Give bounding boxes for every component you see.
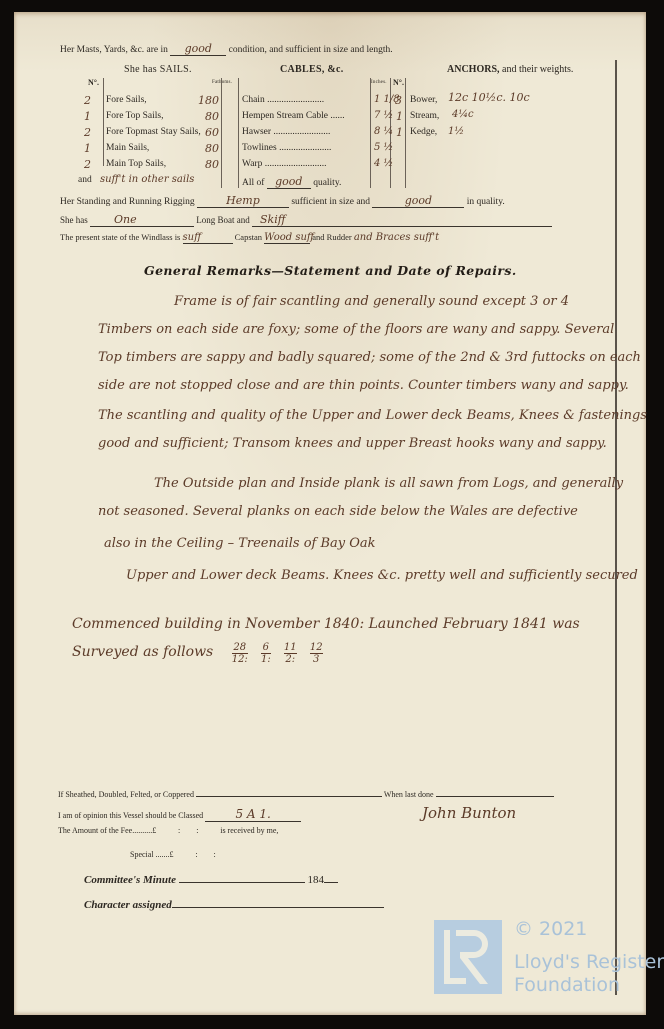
rigging-suffix: in quality.	[467, 197, 505, 207]
fraction-numerator: 12	[310, 642, 323, 654]
committee-minute-year-field	[324, 873, 338, 883]
sails-row-no: 1	[84, 110, 91, 123]
cables-row-name: Towlines ......................	[242, 143, 370, 153]
long-boat-count-value: One	[90, 213, 194, 227]
cables-row-name: Warp ..........................	[242, 159, 370, 169]
inches-label: Inches.	[371, 80, 387, 85]
remarks-line: Timbers on each side are foxy; some of t…	[98, 322, 614, 337]
remarks-line: The Outside plan and Inside plank is all…	[154, 476, 623, 491]
classed-value: 5 A 1.	[205, 807, 301, 822]
windlass-label: The present state of the Windlass is	[60, 232, 180, 242]
anchors-heading-rest: and their weights.	[502, 64, 573, 75]
sheathed-value	[196, 788, 382, 797]
fathoms-label: Fathoms.	[212, 80, 232, 85]
rigging-quality-value: good	[372, 194, 464, 208]
remarks-line: good and sufficient; Transom knees and u…	[98, 436, 607, 451]
classed-label: I am of opinion this Vessel should be Cl…	[58, 811, 203, 820]
fraction-denominator: 12:	[232, 654, 248, 665]
masts-condition-value: good	[170, 42, 226, 56]
capstan-state-value: Wood suff	[264, 232, 310, 244]
character-assigned-label: Character assigned	[84, 899, 172, 911]
survey-fraction: 123	[310, 642, 323, 665]
fee-line: The Amount of the Fee..........£ : : is …	[58, 826, 278, 835]
special-label: Special .......£	[130, 850, 174, 859]
fraction-numerator: 6	[261, 642, 271, 654]
surveyed-label: Surveyed as follows	[72, 644, 213, 660]
lloyds-register-logo	[434, 920, 502, 994]
fee-amount: : :	[158, 826, 218, 835]
masts-label: Her Masts, Yards, &c. are in	[60, 45, 168, 55]
committee-minute-label: Committee's Minute	[84, 874, 176, 886]
cables-all-of: All of good quality.	[242, 175, 341, 189]
cables-row-inches: 4 ½	[374, 158, 393, 169]
cables-row-name: Chain ........................	[242, 95, 370, 105]
rigging-line: Her Standing and Running Rigging Hemp su…	[60, 194, 505, 208]
anchors-row: 3 Bower, 12c 10½c. 10c	[390, 94, 590, 110]
remarks-line: Frame is of fair scantling and generally…	[174, 294, 569, 309]
sails-heading: She has SAILS.	[124, 64, 192, 75]
boats-line: She has One Long Boat and Skiff	[60, 213, 552, 227]
anchors-row-no: 1	[396, 110, 403, 123]
sails-row-no: 1	[84, 142, 91, 155]
rigging-middle: sufficient in size and	[291, 197, 370, 207]
character-assigned-field	[172, 898, 384, 908]
character-assigned-line: Character assigned	[84, 898, 384, 911]
cables-row-fathoms: 80	[205, 142, 219, 155]
committee-minute-line: Committee's Minute 184	[84, 873, 338, 886]
rigging-label: Her Standing and Running Rigging	[60, 197, 195, 207]
cables-heading: CABLES, &c.	[280, 64, 344, 75]
fraction-denominator: 1:	[261, 654, 271, 665]
cables-row-name: Hempen Stream Cable ......	[242, 111, 370, 121]
sails-row-name: Fore Top Sails,	[106, 111, 163, 121]
fee-suffix: is received by me,	[220, 826, 278, 835]
sails-no-label: N°.	[88, 78, 99, 87]
building-note-line: Surveyed as follows 2812: 61: 112: 123	[72, 642, 333, 665]
cables-row-inches: 5 ½	[374, 142, 393, 153]
cables-row: 180 Chain ........................ 1 1/8	[194, 94, 394, 110]
classed-line: I am of opinion this Vessel should be Cl…	[58, 807, 301, 822]
building-note-line: Commenced building in November 1840: Lau…	[72, 616, 580, 632]
masts-line: Her Masts, Yards, &c. are in good condit…	[60, 42, 393, 56]
sails-row-name: Main Sails,	[106, 143, 149, 153]
cables-row-name: Hawser ........................	[242, 127, 370, 137]
remarks-line: also in the Ceiling – Treenails of Bay O…	[104, 536, 376, 551]
cables-all-of-row: All of good quality.	[194, 174, 394, 190]
anchors-row-no: 1	[396, 126, 403, 139]
other-boat-value: Skiff	[252, 213, 552, 227]
remarks-line: not seasoned. Several planks on each sid…	[98, 504, 578, 519]
survey-fractions: 2812: 61: 112: 123	[232, 642, 333, 665]
fraction-numerator: 28	[232, 642, 248, 654]
all-of-value: good	[267, 175, 311, 189]
sails-row-no: 2	[84, 94, 91, 107]
anchors-row-weight: 12c 10½c. 10c	[448, 91, 530, 104]
anchors-row-name: Kedge,	[410, 127, 437, 137]
surveyor-signature: John Bunton	[422, 804, 516, 822]
remarks-line: Top timbers are sappy and badly squared;…	[98, 350, 641, 365]
cables-row: 80 Warp .......................... 4 ½	[194, 158, 394, 174]
anchors-row: 1 Kedge, 1½	[390, 126, 590, 142]
special-amount: : :	[176, 850, 236, 859]
sails-and-value: suff't in other sails	[100, 174, 194, 185]
cables-row: 60 Hawser ........................ 8 ¼	[194, 126, 394, 142]
survey-fraction: 112:	[284, 642, 297, 665]
boats-middle: Long Boat and	[196, 215, 250, 225]
cables-row-fathoms: 80	[205, 158, 219, 171]
boats-label: She has	[60, 215, 88, 225]
anchors-row-weight: 1½	[448, 126, 464, 137]
all-of-label: All of	[242, 178, 264, 188]
cables-row: 80 Hempen Stream Cable ...... 7 ½	[194, 110, 394, 126]
watermark-copyright: © 2021	[514, 918, 587, 941]
anchors-table: 3 Bower, 12c 10½c. 10c 1 Stream, 4¼c 1 K…	[390, 94, 590, 142]
anchors-row: 1 Stream, 4¼c	[390, 110, 590, 126]
survey-fraction: 61:	[261, 642, 271, 665]
remarks-line: side are not stopped close and are thin …	[98, 378, 629, 393]
anchors-row-no: 3	[395, 94, 402, 107]
windlass-state-value: suff	[183, 232, 233, 244]
fee-label: The Amount of the Fee..........£	[58, 826, 156, 835]
anchors-row-name: Stream,	[410, 111, 439, 121]
remarks-line: The scantling and quality of the Upper a…	[98, 408, 647, 423]
cables-table: 180 Chain ........................ 1 1/8…	[194, 94, 394, 190]
when-last-done-label: When last done	[384, 790, 434, 799]
anchors-row-name: Bower,	[410, 95, 437, 105]
sails-row-no: 2	[84, 126, 91, 139]
watermark-org-line1: Lloyd's Register	[514, 951, 664, 974]
cables-row-fathoms: 80	[205, 110, 219, 123]
sails-row-name: Fore Topmast Stay Sails,	[106, 127, 201, 137]
survey-report-page: Her Masts, Yards, &c. are in good condit…	[14, 12, 646, 1015]
anchors-no-label: N°.	[393, 78, 404, 87]
all-of-suffix: quality.	[313, 178, 341, 188]
rigging-material-value: Hemp	[197, 194, 289, 208]
special-line: Special .......£ : :	[130, 850, 236, 859]
lr-monogram-icon	[434, 920, 502, 994]
anchors-heading-bold: ANCHORS,	[447, 64, 500, 75]
committee-minute-field	[179, 873, 305, 883]
sails-row-name: Fore Sails,	[106, 95, 147, 105]
when-last-done-value	[436, 788, 554, 797]
fraction-numerator: 11	[284, 642, 297, 654]
watermark-org-line2: Foundation	[514, 974, 620, 997]
windlass-line: The present state of the Windlass is suf…	[60, 232, 464, 244]
sails-row-no: 2	[84, 158, 91, 171]
survey-fraction: 2812:	[232, 642, 248, 665]
fraction-denominator: 2:	[284, 654, 297, 665]
anchors-row-weight: 4¼c	[452, 109, 474, 120]
sheathed-label: If Sheathed, Doubled, Felted, or Coppere…	[58, 790, 194, 799]
masts-suffix: condition, and sufficient in size and le…	[229, 45, 393, 55]
sails-and-label: and	[78, 175, 92, 185]
capstan-label: Capstan	[235, 232, 262, 242]
cables-row-fathoms: 180	[198, 94, 219, 107]
fraction-denominator: 3	[310, 654, 323, 665]
committee-minute-year: 184	[307, 874, 324, 886]
anchors-heading: ANCHORS, and their weights.	[447, 64, 573, 75]
sails-row-name: Main Top Sails,	[106, 159, 166, 169]
rudder-state-value: and Braces suff't	[354, 232, 464, 243]
cables-row-fathoms: 60	[205, 126, 219, 139]
right-margin-rule	[615, 60, 617, 995]
rudder-label: and Rudder	[312, 232, 351, 242]
remarks-line: Upper and Lower deck Beams. Knees &c. pr…	[126, 568, 638, 583]
cables-row: 80 Towlines ...................... 5 ½	[194, 142, 394, 158]
remarks-title: General Remarks—Statement and Date of Re…	[144, 263, 517, 278]
sheathed-line: If Sheathed, Doubled, Felted, or Coppere…	[58, 788, 554, 799]
